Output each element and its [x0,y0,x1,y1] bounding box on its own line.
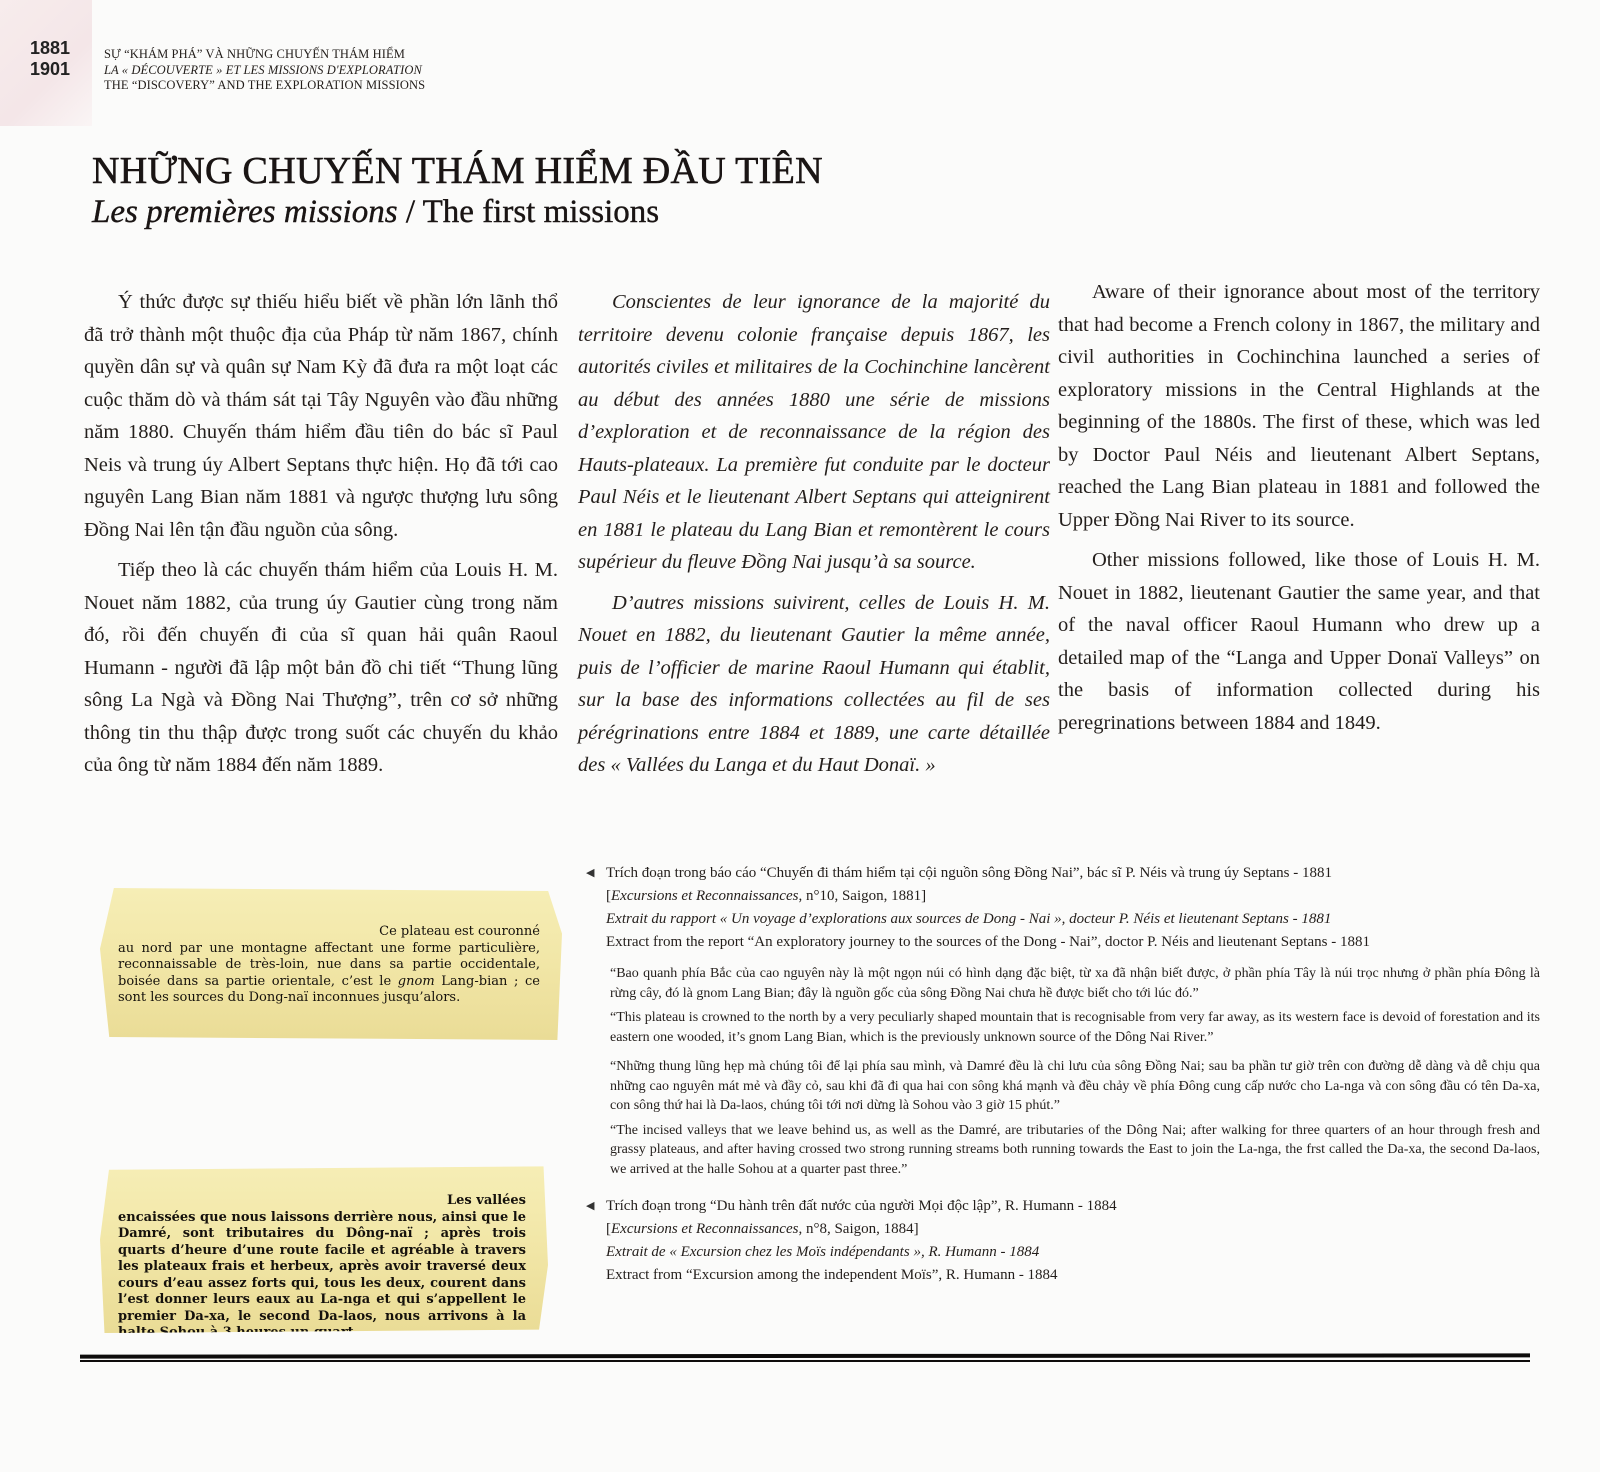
source-reference: [Excursions et Reconnaissances, n°8, Sai… [606,1218,1544,1241]
section-tag: Sự “khám phá” và những chuyến thám hiểm … [104,47,425,94]
rule-thin [80,1360,1530,1362]
section-tag-fr: La « Découverte » et les missions d'expl… [104,63,425,79]
section-tag-vi: Sự “khám phá” và những chuyến thám hiểm [104,47,425,63]
title-en: The first missions [423,194,660,230]
year-end: 1901 [10,59,70,80]
title-vi: NHỮNG CHUYẾN THÁM HIỂM ĐẦU TIÊN [92,150,823,192]
title-subtitle: Les premières missions / The first missi… [92,192,823,232]
year-start: 1881 [10,38,70,59]
bottom-double-rule [80,1354,1530,1366]
quote-block-1: “Bao quanh phía Bắc của cao nguyên này l… [584,964,1540,1047]
clipping-text: Ce plateau est couronnéau nord par une m… [118,924,540,1007]
column-vietnamese: Ý thức được sự thiếu hiểu biết về phần l… [84,286,558,790]
paragraph: Conscientes de leur ignorance de la majo… [578,286,1050,579]
clipping-emphasis: gnom [398,974,435,989]
source-fr: Extrait de « Excursion chez les Moïs ind… [606,1241,1544,1264]
paragraph: Other missions followed, like those of L… [1058,544,1540,739]
source-vi: Trích đoạn trong “Du hành trên đất nước … [606,1195,1544,1218]
column-english: Aware of their ignorance about most of t… [1058,276,1540,747]
clipping-first-line: Ce plateau est couronné [118,924,540,941]
quote-vi: “Bao quanh phía Bắc của cao nguyên này l… [610,964,1540,1003]
year-range: 1881 1901 [10,38,70,80]
source-vi: Trích đoạn trong báo cáo “Chuyến đi thám… [606,862,1544,885]
publication-title: Excursions et Reconnaissances [611,888,798,904]
title-separator: / [398,194,423,230]
paragraph: Aware of their ignorance about most of t… [1058,276,1540,536]
source-caption-2: ◀ Trích đoạn trong “Du hành trên đất nướ… [584,1195,1544,1287]
quote-vi: “Những thung lũng hẹp mà chúng tôi để lạ… [610,1057,1540,1116]
clipping-body: encaissées que nous laissons derrière no… [118,1210,526,1341]
paragraph: D’autres missions suivirent, celles de L… [578,587,1050,782]
rule-thick [80,1353,1530,1358]
left-pointer-icon: ◀ [586,1195,594,1218]
section-tag-en: The “Discovery” and the exploration miss… [104,78,425,94]
paragraph: Tiếp theo là các chuyến thám hiểm của Lo… [84,554,558,782]
paragraph: Ý thức được sự thiếu hiểu biết về phần l… [84,286,558,546]
clipping-text: Les valléesencaissées que nous laissons … [118,1193,526,1342]
source-en: Extract from the report “An exploratory … [606,931,1544,954]
publication-title: Excursions et Reconnaissances [611,1221,798,1237]
source-en: Extract from “Excursion among the indepe… [606,1264,1544,1287]
source-reference: [Excursions et Reconnaissances, n°10, Sa… [606,885,1544,908]
title-fr: Les premières missions [92,194,398,230]
source-caption-1: ◀ Trích đoạn trong báo cáo “Chuyến đi th… [584,862,1544,954]
left-pointer-icon: ◀ [586,862,594,885]
quote-block-2: “Những thung lũng hẹp mà chúng tôi để lạ… [584,1057,1540,1179]
source-fr: Extrait du rapport « Un voyage d’explora… [606,908,1544,931]
archival-clipping-2: Les valléesencaissées que nous laissons … [100,1163,548,1333]
archival-clipping-1: Ce plateau est couronnéau nord par une m… [100,888,562,1040]
page-title: NHỮNG CHUYẾN THÁM HIỂM ĐẦU TIÊN Les prem… [92,150,823,232]
captions: ◀ Trích đoạn trong báo cáo “Chuyến đi th… [584,862,1544,1287]
clipping-first-line: Les vallées [118,1193,526,1210]
column-french: Conscientes de leur ignorance de la majo… [578,286,1050,790]
quote-en: “The incised valleys that we leave behin… [610,1121,1540,1180]
quote-en: “This plateau is crowned to the north by… [610,1008,1540,1047]
